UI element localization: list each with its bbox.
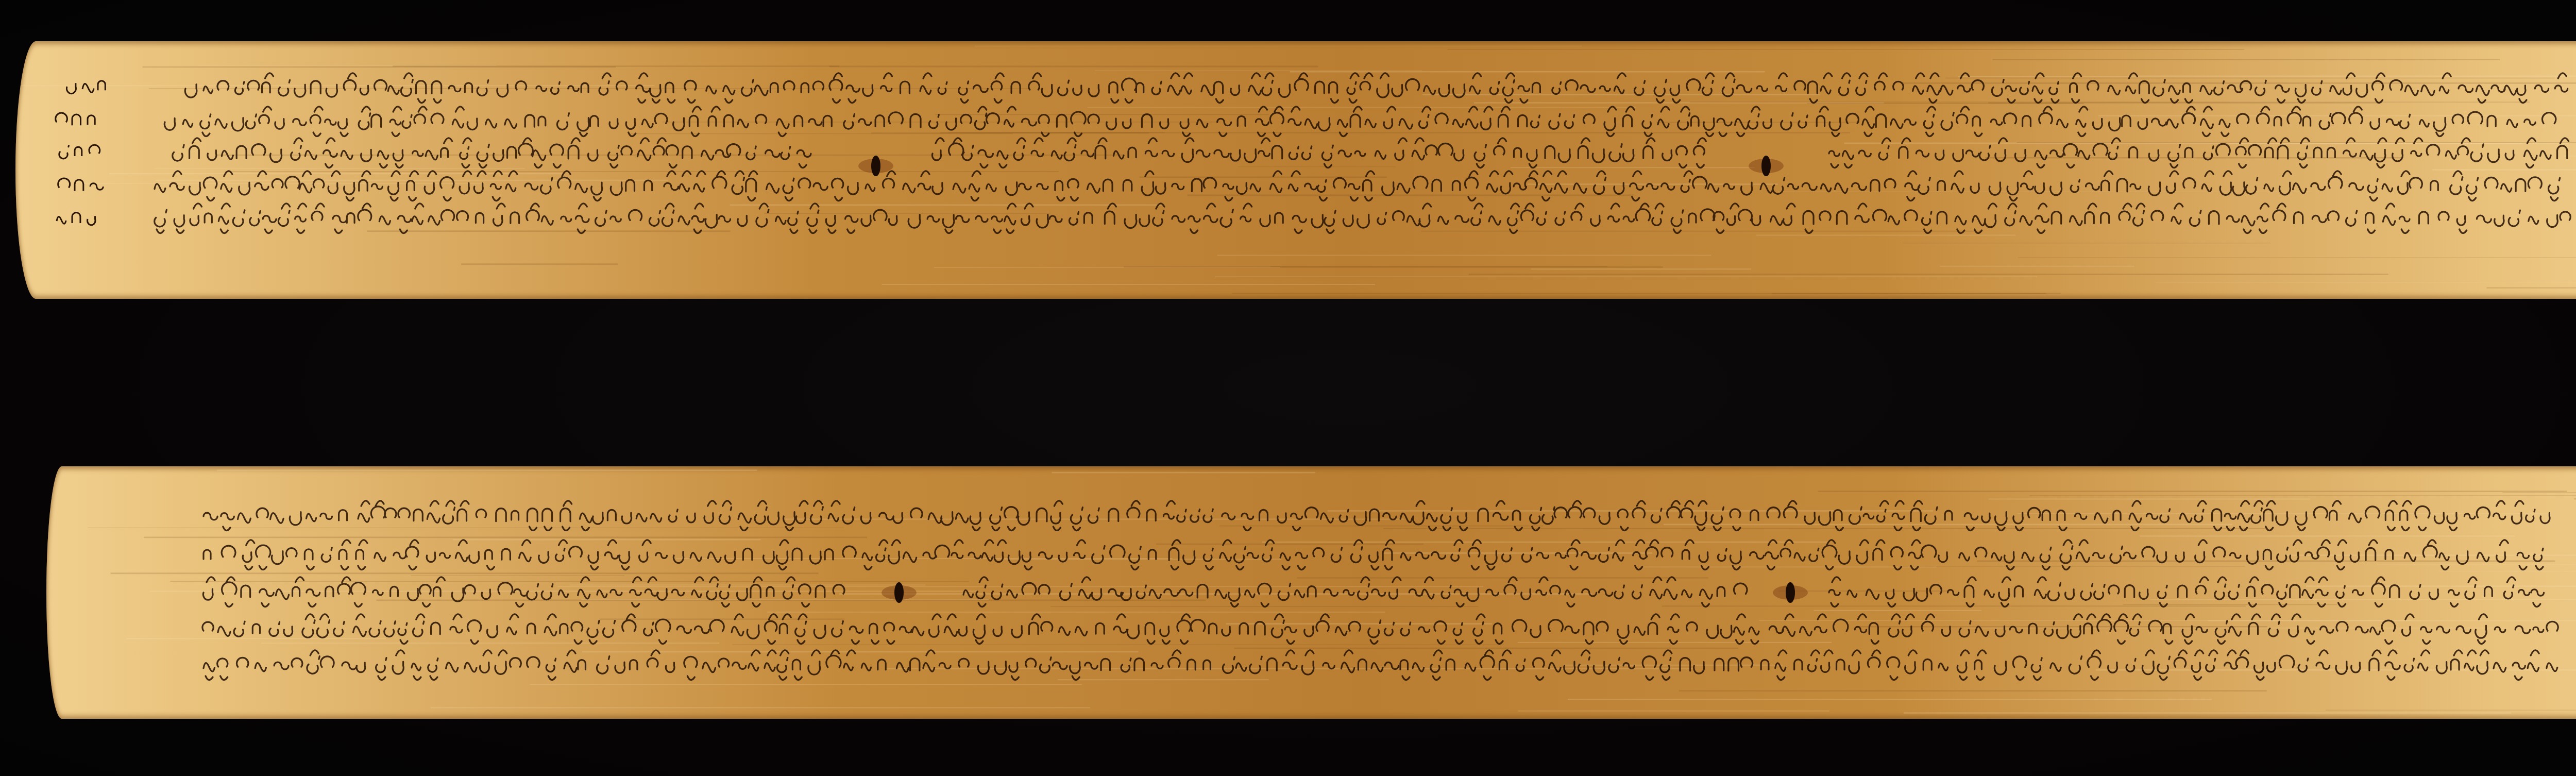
leaf-surface: [46, 466, 2576, 719]
string-hole: [1761, 156, 1771, 176]
palm-leaf-bottom: [46, 466, 2576, 719]
script-line-2: [164, 107, 2556, 137]
leaf-surface: [15, 41, 2576, 299]
margin-folio-note: [57, 212, 95, 225]
script-line-1: [185, 73, 2567, 103]
margin-folio-note: [58, 178, 104, 191]
black-backdrop: [0, 0, 2576, 776]
leaf-fibres: [18, 46, 2576, 293]
string-hole: [894, 582, 904, 603]
margin-folio-note: [66, 81, 105, 94]
margin-folio-note: [56, 113, 95, 125]
script-line-4: [202, 614, 2558, 644]
script-line-5: [204, 650, 2557, 680]
script-line-5: [155, 204, 2571, 233]
margin-folio-note: [59, 145, 100, 159]
string-hole: [1786, 582, 1795, 603]
script-line-4: [155, 171, 2560, 201]
palm-leaf-top: [15, 41, 2576, 299]
string-hole: [871, 156, 880, 176]
